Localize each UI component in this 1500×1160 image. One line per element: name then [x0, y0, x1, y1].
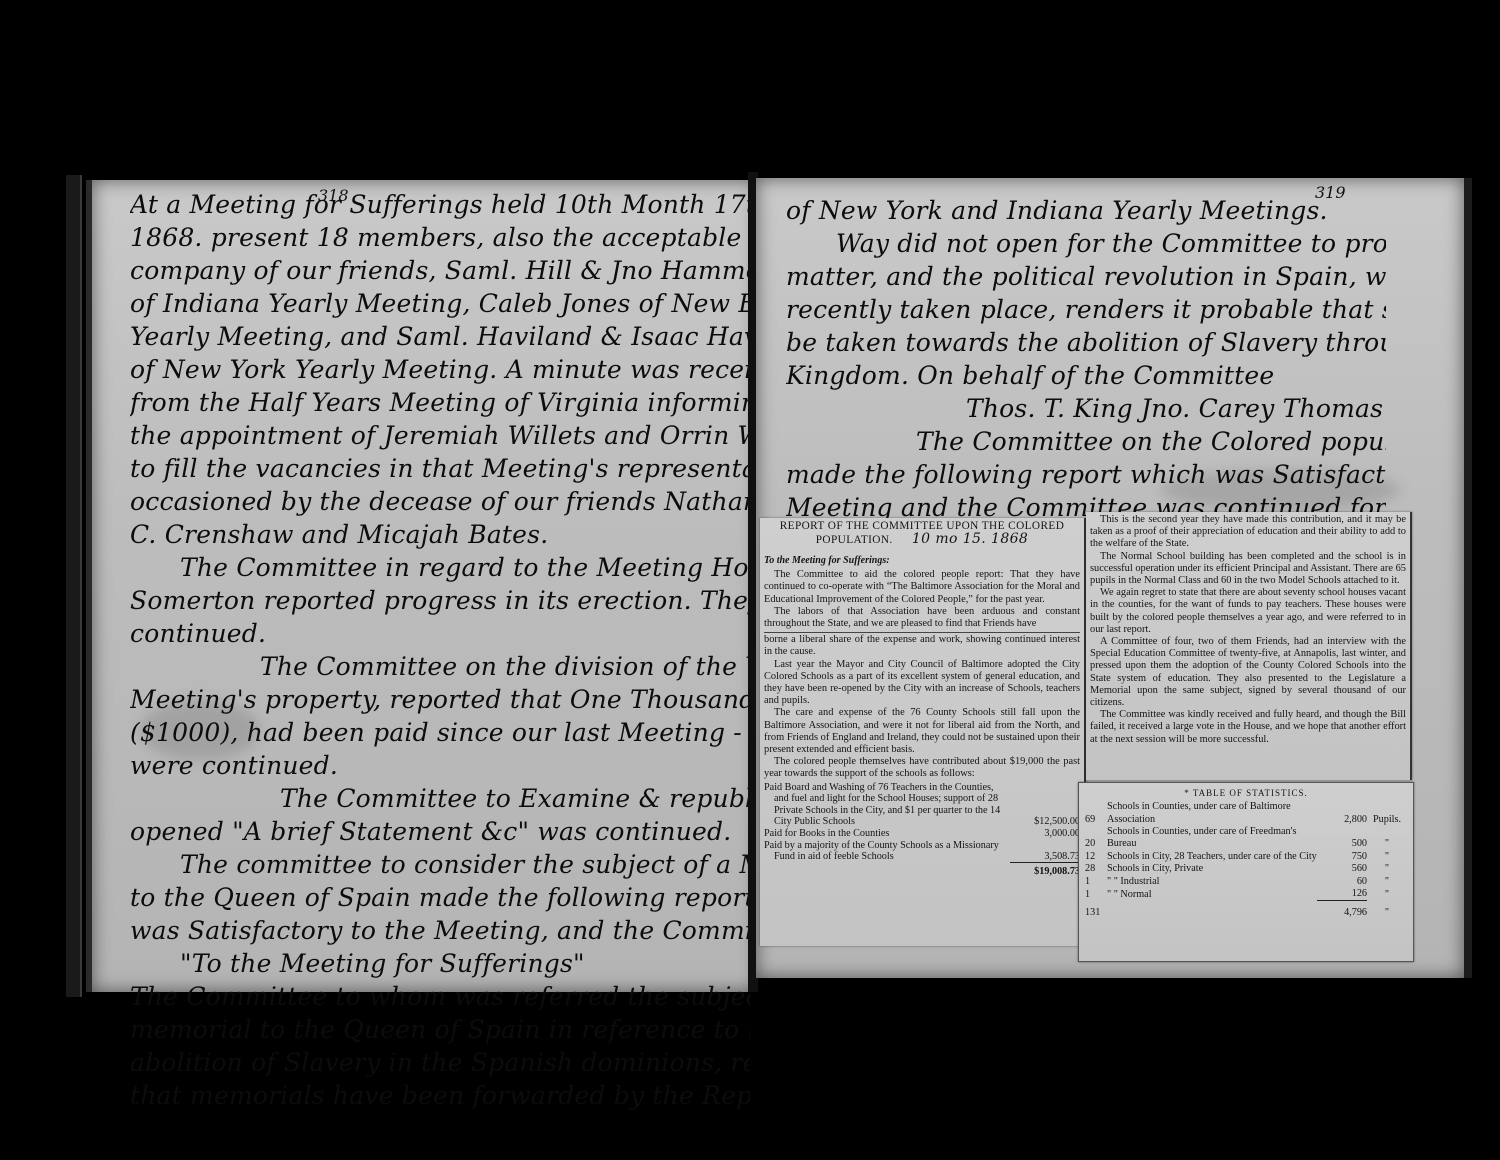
handwritten-line: that memorials have been forwarded by th… — [130, 1079, 750, 1112]
report-paragraph: The Committee to aid the colored people … — [764, 569, 1080, 606]
handwritten-date: 10 mo 15. 1868 — [912, 531, 1028, 547]
handwritten-line: the appointment of Jeremiah Willets and … — [130, 419, 750, 452]
report-paragraph: We again regret to state that there are … — [1090, 587, 1406, 636]
statistics-table: 69 Schools in Counties, under care of Ba… — [1085, 801, 1407, 920]
handwritten-line: of Indiana Yearly Meeting, Caleb Jones o… — [130, 287, 750, 320]
ledger-total-row: $19,008.73 — [764, 863, 1080, 878]
contributions-ledger: Paid Board and Washing of 76 Teachers in… — [764, 782, 1080, 878]
handwritten-line: to fill the vacancies in that Meeting's … — [130, 452, 750, 485]
handwritten-line: Kingdom. On behalf of the Committee — [786, 359, 1386, 392]
report-title: REPORT OF THE COMMITTEE UPON THE COLORED… — [764, 520, 1080, 547]
handwritten-line: Meeting's property, reported that One Th… — [130, 683, 750, 716]
handwritten-line: The Committee to Examine & republish if … — [130, 782, 750, 815]
book-cover-edge — [66, 175, 82, 997]
right-page-handwriting: of New York and Indiana Yearly Meetings.… — [786, 194, 1386, 557]
report-paragraph: The labors of that Association have been… — [764, 606, 1080, 630]
handwritten-line: from the Half Years Meeting of Virginia … — [130, 386, 750, 419]
statistics-row: 28 Schools in City, Private 560 " — [1085, 863, 1407, 875]
report-paragraph: The care and expense of the 76 County Sc… — [764, 707, 1080, 756]
ledger-row: Paid Board and Washing of 76 Teachers in… — [764, 782, 1080, 828]
handwritten-line: The Committee in regard to the Meeting H… — [130, 551, 750, 584]
statistics-row: 1 " " Normal 126 " — [1085, 888, 1407, 901]
report-paragraph: Last year the Mayor and City Council of … — [764, 659, 1080, 708]
report-paragraph: The colored people themselves have contr… — [764, 756, 1080, 780]
handwritten-line: The Committee on the division of the Yea… — [130, 650, 750, 683]
left-page-handwriting: At a Meeting for Sufferings held 10th Mo… — [130, 188, 750, 1112]
handwritten-line: Somerton reported progress in its erecti… — [130, 584, 750, 617]
handwritten-line: matter, and the political revolution in … — [786, 260, 1386, 293]
report-paragraph: The Normal School building has been comp… — [1090, 551, 1406, 588]
handwritten-line: Way did not open for the Committee to pr… — [786, 227, 1386, 260]
handwritten-line: The committee to consider the subject of… — [130, 848, 750, 881]
handwritten-line: continued. — [130, 617, 750, 650]
handwritten-line: ($1000), had been paid since our last Me… — [130, 716, 750, 749]
statistics-title: * TABLE OF STATISTICS. — [1085, 787, 1407, 799]
report-paragraph: A Committee of four, two of them Friends… — [1090, 636, 1406, 709]
statistics-table-clipping: * TABLE OF STATISTICS. 69 Schools in Cou… — [1078, 782, 1414, 962]
handwritten-line: of New York and Indiana Yearly Meetings. — [786, 194, 1386, 227]
report-paragraph: The Committee was kindly received and fu… — [1090, 709, 1406, 746]
handwritten-line: made the following report which was Sati… — [786, 458, 1386, 491]
ledger-row: Paid by a majority of the County Schools… — [764, 840, 1080, 863]
handwritten-line: occasioned by the decease of our friends… — [130, 485, 750, 518]
handwritten-line: The Committee on the Colored population — [786, 425, 1386, 458]
minute-book-spread: 318 At a Meeting for Sufferings held 10t… — [0, 0, 1500, 1160]
statistics-total-row: 131 4,796 " — [1085, 901, 1407, 920]
handwritten-line: was Satisfactory to the Meeting, and the… — [130, 914, 750, 947]
ledger-row: Paid for Books in the Counties 3,000.00 — [764, 828, 1080, 840]
statistics-row: 69 Schools in Counties, under care of Ba… — [1085, 801, 1407, 826]
handwritten-line: abolition of Slavery in the Spanish domi… — [130, 1046, 750, 1079]
printed-report-clipping: REPORT OF THE COMMITTEE UPON THE COLORED… — [760, 518, 1086, 946]
handwritten-line: memorial to the Queen of Spain in refere… — [130, 1013, 750, 1046]
statistics-row: 12 Schools in City, 28 Teachers, under c… — [1085, 851, 1407, 863]
report-salutation: To the Meeting for Sufferings: — [764, 555, 1080, 567]
handwritten-line: of New York Yearly Meeting. A minute was… — [130, 353, 750, 386]
handwritten-line: At a Meeting for Sufferings held 10th Mo… — [130, 188, 750, 221]
handwritten-line: be taken towards the abolition of Slaver… — [786, 326, 1386, 359]
handwritten-signatures: Thos. T. King Jno. Carey Thomas — [786, 392, 1386, 425]
report-paragraph: borne a liberal share of the expense and… — [764, 632, 1080, 658]
printed-report-continuation: This is the second year they have made t… — [1086, 512, 1412, 780]
handwritten-heading: "To the Meeting for Sufferings" — [130, 947, 750, 980]
statistics-row: 20 Schools in Counties, under care of Fr… — [1085, 826, 1407, 851]
statistics-row: 1 " " Industrial 60 " — [1085, 876, 1407, 888]
handwritten-line: to the Queen of Spain made the following… — [130, 881, 750, 914]
handwritten-line: Yearly Meeting, and Saml. Haviland & Isa… — [130, 320, 750, 353]
handwritten-line: recently taken place, renders it probabl… — [786, 293, 1386, 326]
handwritten-line: The Committee to whom was referred the s… — [130, 980, 750, 1013]
handwritten-line: company of our friends, Saml. Hill & Jno… — [130, 254, 750, 287]
report-paragraph: This is the second year they have made t… — [1090, 514, 1406, 551]
handwritten-line: C. Crenshaw and Micajah Bates. — [130, 518, 750, 551]
handwritten-line: opened "A brief Statement &c" was contin… — [130, 815, 750, 848]
handwritten-line: 1868. present 18 members, also the accep… — [130, 221, 750, 254]
handwritten-line: were continued. — [130, 749, 750, 782]
